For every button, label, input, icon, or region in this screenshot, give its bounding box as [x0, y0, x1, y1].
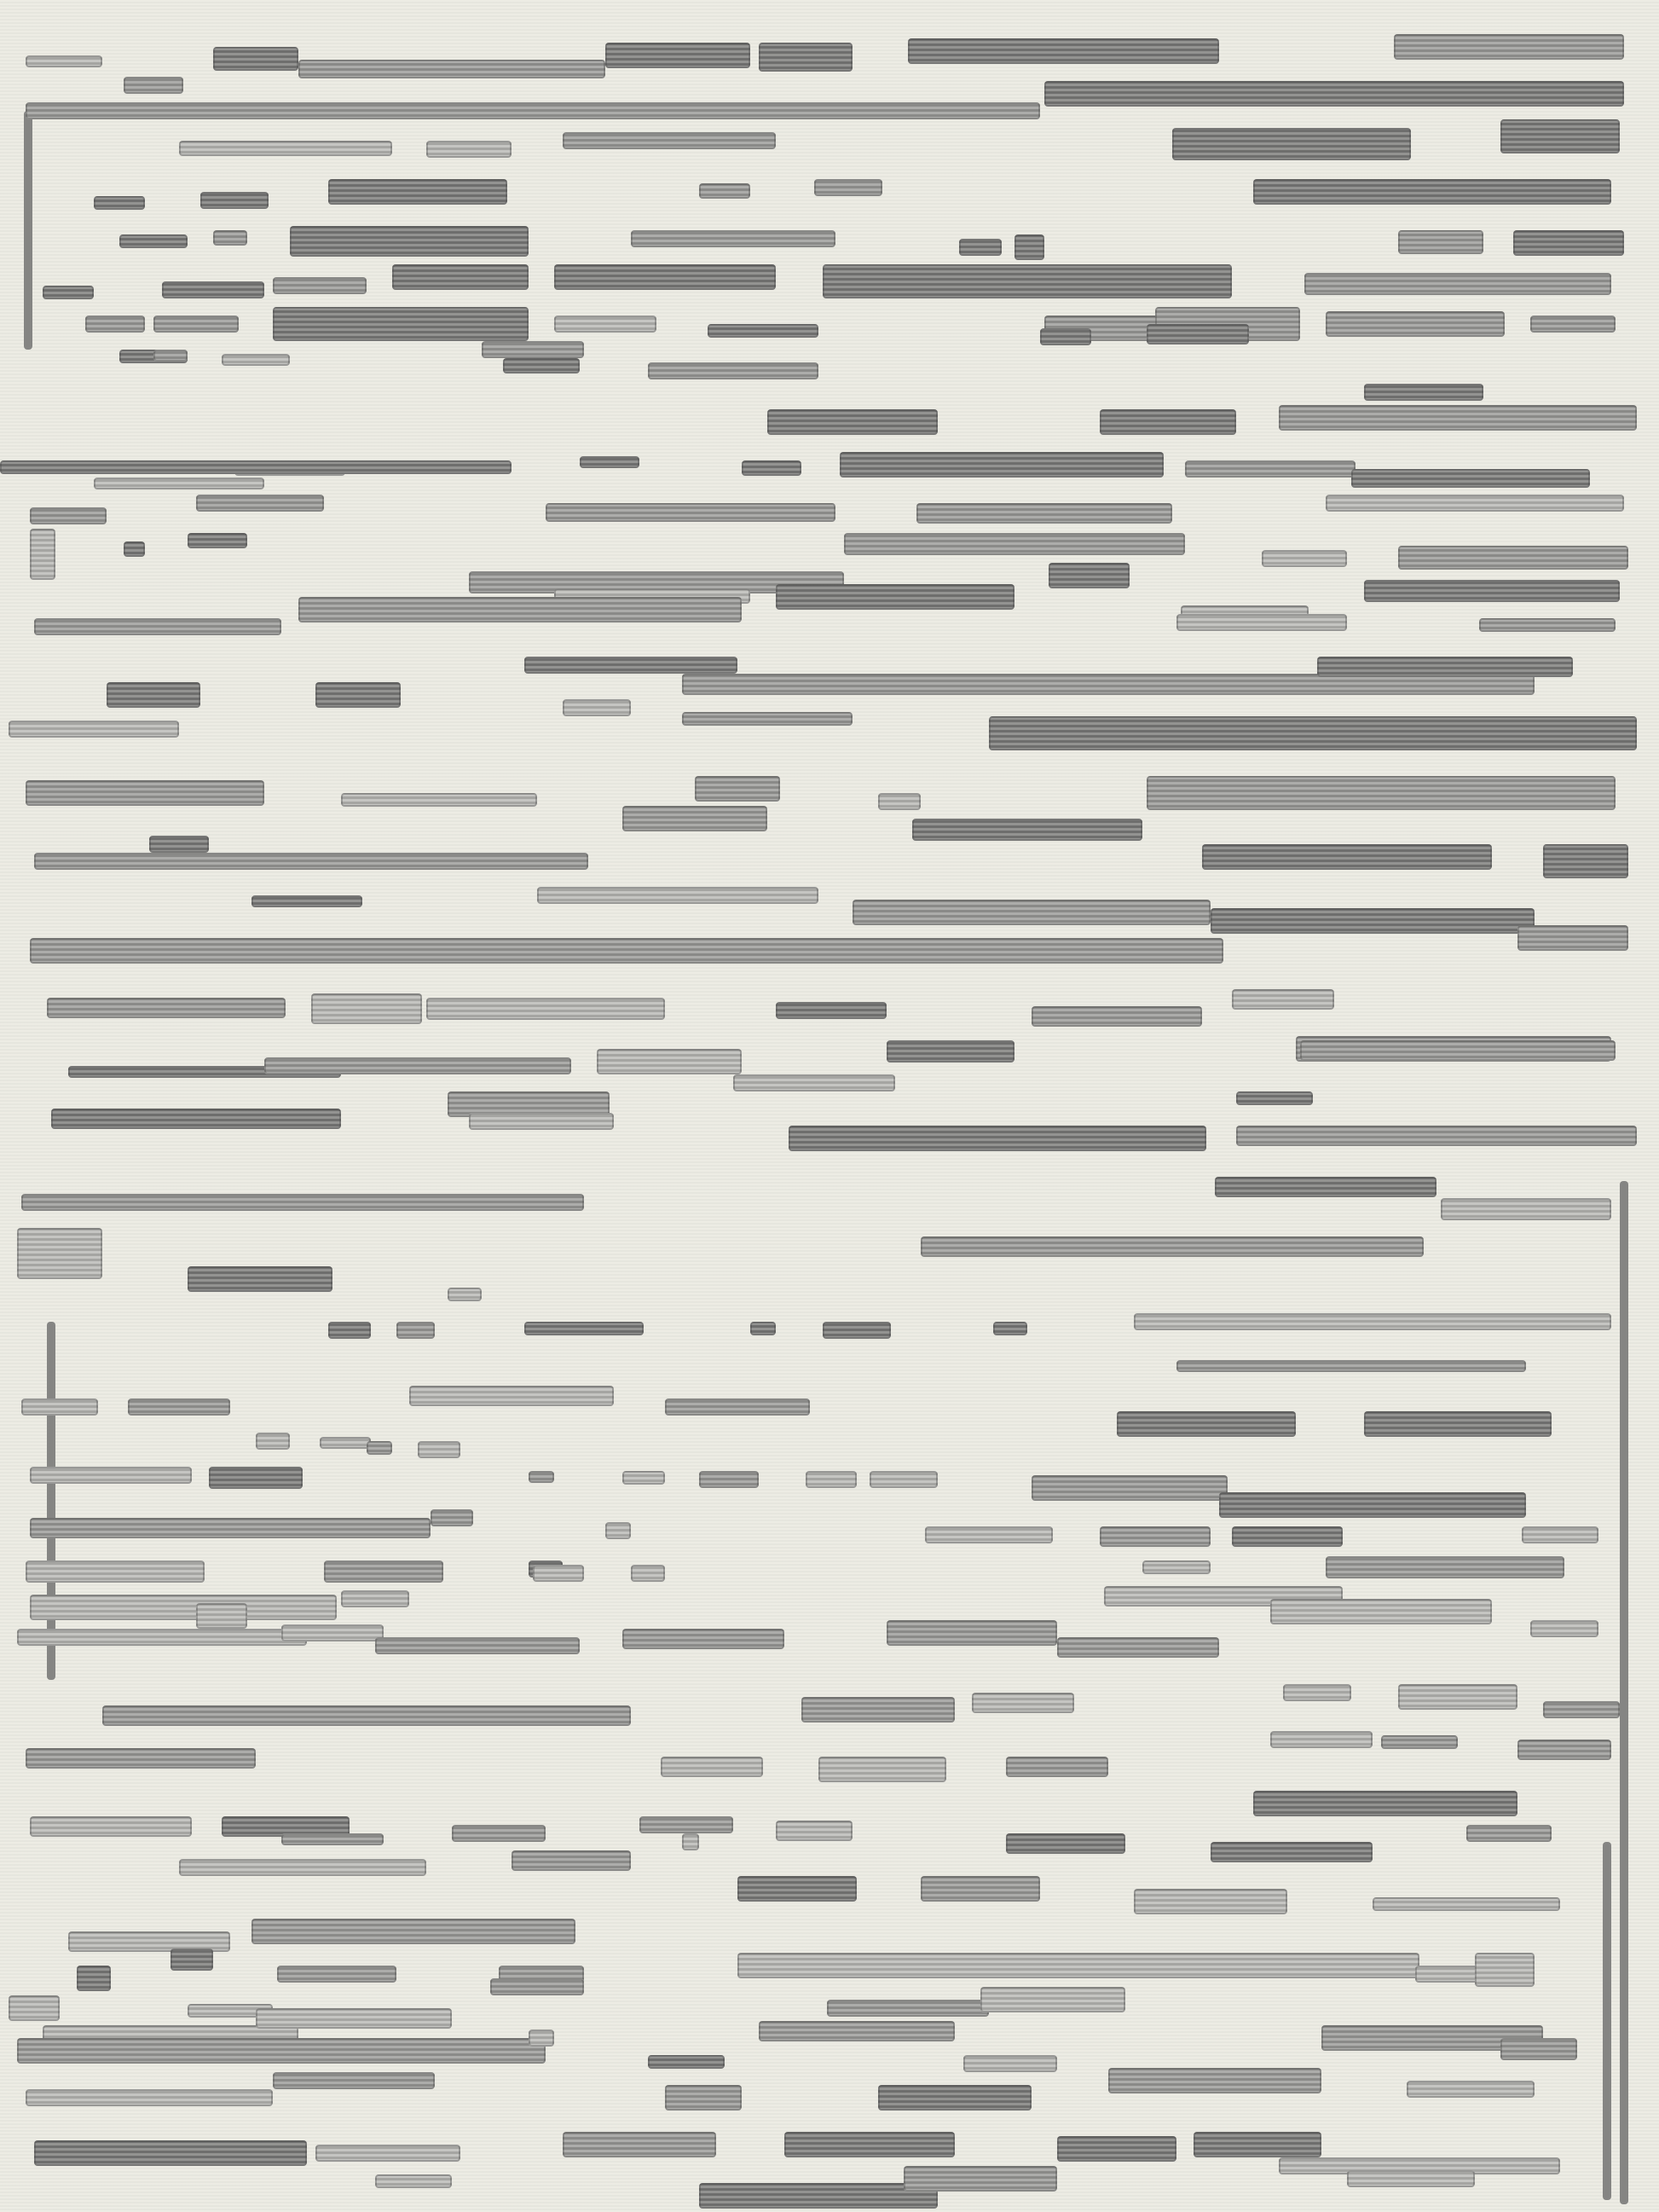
- pattern-bar: [94, 478, 264, 489]
- pattern-bar: [546, 503, 835, 522]
- pattern-bar: [17, 2038, 546, 2064]
- pattern-bar: [162, 281, 264, 298]
- pattern-bar: [315, 2145, 460, 2162]
- pattern-bar: [776, 1002, 887, 1019]
- pattern-bar: [256, 1433, 290, 1450]
- pattern-bar: [1373, 1897, 1560, 1911]
- pattern-bar: [878, 793, 921, 810]
- pattern-bar: [1232, 989, 1334, 1010]
- pattern-bar: [1500, 119, 1620, 153]
- pattern-bar: [1394, 34, 1624, 60]
- pattern-bar: [273, 277, 367, 294]
- pattern-bar: [742, 460, 801, 476]
- pattern-bar: [959, 239, 1002, 256]
- pattern-bar: [916, 503, 1172, 524]
- pattern-bar: [1543, 1701, 1620, 1718]
- pattern-bar: [1475, 1953, 1535, 1987]
- pattern-bar: [77, 1966, 111, 1991]
- pattern-bar: [490, 1978, 584, 1995]
- pattern-bar: [1194, 2132, 1321, 2157]
- pattern-bar: [188, 1266, 332, 1292]
- pattern-bar: [639, 1816, 733, 1833]
- pattern-bar: [34, 2140, 307, 2166]
- pattern-bar: [26, 55, 102, 67]
- pattern-bar: [1270, 1599, 1492, 1624]
- pattern-bar: [341, 793, 537, 807]
- pattern-bar: [1211, 908, 1535, 934]
- pattern-bar: [622, 1629, 784, 1649]
- pattern-bar: [1215, 1177, 1436, 1197]
- pattern-bar: [648, 2055, 725, 2069]
- pattern-bar: [375, 1637, 580, 1654]
- pattern-bar: [94, 196, 145, 210]
- pattern-bar: [1398, 230, 1483, 254]
- pattern-bar: [179, 1859, 426, 1876]
- pattern-bar: [153, 316, 239, 333]
- pattern-bar: [699, 1471, 759, 1488]
- pattern-bar: [1100, 409, 1236, 435]
- pattern-bar: [26, 1561, 205, 1583]
- pattern-bar: [533, 1565, 584, 1582]
- pattern-bar: [1057, 1637, 1219, 1658]
- pattern-bar: [213, 230, 247, 246]
- pattern-bar: [1032, 1006, 1202, 1027]
- pattern-bar: [806, 1471, 857, 1488]
- pattern-bar: [708, 324, 818, 338]
- pattern-bar: [750, 1322, 776, 1335]
- bracket-line: [1603, 1842, 1611, 2200]
- pattern-bar: [1044, 81, 1624, 107]
- pattern-bar: [251, 895, 362, 907]
- pattern-bar: [188, 533, 247, 548]
- pattern-bar: [1441, 1198, 1611, 1220]
- pattern-bar: [30, 529, 55, 580]
- pattern-bar: [912, 819, 1142, 841]
- pattern-bar: [341, 1590, 409, 1607]
- pattern-bar: [554, 264, 776, 290]
- pattern-bar: [1040, 328, 1091, 345]
- pattern-bar: [1172, 128, 1411, 160]
- pattern-bar: [1517, 925, 1628, 951]
- pattern-bar: [503, 358, 580, 373]
- pattern-bar: [107, 682, 200, 708]
- pattern-bar: [1142, 1561, 1211, 1574]
- pattern-bar: [26, 780, 264, 806]
- pattern-bar: [759, 43, 853, 72]
- pattern-bar: [563, 2132, 716, 2157]
- pattern-bar: [153, 350, 188, 362]
- pattern-bar: [878, 2085, 1032, 2111]
- pattern-bar: [980, 1987, 1125, 2012]
- pattern-bar: [30, 507, 107, 524]
- pattern-bar: [993, 1322, 1027, 1335]
- pattern-bar: [1014, 235, 1044, 260]
- pattern-bar: [844, 533, 1185, 555]
- pattern-bar: [1211, 1842, 1373, 1862]
- pattern-bar: [1006, 1757, 1108, 1777]
- pattern-bar: [298, 60, 605, 78]
- pattern-bar: [251, 1919, 575, 1944]
- pattern-bar: [0, 460, 512, 474]
- pattern-bar: [1176, 1360, 1526, 1372]
- pattern-bar: [30, 938, 1223, 964]
- pattern-bar: [213, 47, 298, 71]
- pattern-bar: [737, 1876, 857, 1902]
- pattern-bar: [776, 1821, 853, 1841]
- pattern-bar: [840, 452, 1164, 478]
- pattern-bar: [1147, 776, 1616, 810]
- pattern-bar: [789, 1126, 1206, 1151]
- pattern-bar: [887, 1040, 1014, 1063]
- pattern-bar: [34, 618, 281, 635]
- pattern-bar: [392, 264, 529, 290]
- pattern-bar: [925, 1526, 1053, 1543]
- pattern-bar: [695, 776, 780, 802]
- pattern-bar: [682, 1833, 699, 1850]
- pattern-bar: [784, 2132, 955, 2157]
- pattern-bar: [921, 1876, 1040, 1902]
- pattern-bar: [1006, 1833, 1125, 1854]
- pattern-bar: [1522, 1526, 1598, 1543]
- pattern-bar: [222, 354, 290, 366]
- pattern-bar: [30, 1595, 337, 1620]
- pattern-bar: [1108, 2068, 1321, 2093]
- pattern-bar: [1364, 384, 1483, 401]
- pattern-bar: [1530, 316, 1616, 333]
- pattern-bar: [196, 1603, 247, 1629]
- pattern-bar: [85, 316, 145, 333]
- pattern-bar: [320, 1437, 371, 1449]
- pattern-bar: [426, 998, 665, 1020]
- pattern-bar: [661, 1757, 763, 1777]
- pattern-bar: [512, 1850, 631, 1871]
- bracket-line: [47, 1322, 55, 1680]
- pattern-bar: [124, 77, 183, 94]
- pattern-bar: [648, 362, 818, 379]
- pattern-bar: [1283, 1684, 1351, 1701]
- pattern-bar: [30, 1518, 431, 1538]
- pattern-bar: [469, 1113, 614, 1130]
- bracket-line: [1620, 1181, 1628, 2204]
- pattern-bar: [149, 836, 209, 853]
- pattern-bar: [1500, 2038, 1577, 2060]
- pattern-bar: [273, 307, 529, 341]
- pattern-bar: [179, 141, 392, 156]
- pattern-bar: [124, 541, 145, 557]
- pattern-bar: [1262, 550, 1347, 567]
- pattern-bar: [537, 887, 818, 904]
- pattern-bar: [426, 141, 512, 158]
- pattern-bar: [605, 43, 750, 68]
- pattern-bar: [1479, 618, 1616, 632]
- pattern-bar: [963, 2055, 1057, 2072]
- pattern-bar: [30, 1816, 192, 1837]
- pattern-bar: [9, 721, 179, 738]
- pattern-bar: [102, 1705, 631, 1726]
- pattern-bar: [887, 1620, 1057, 1646]
- pattern-bar: [26, 2089, 273, 2106]
- pattern-bar: [21, 1194, 584, 1211]
- pattern-bar: [17, 1228, 102, 1279]
- pattern-bar: [452, 1825, 546, 1842]
- pattern-bar: [277, 1966, 396, 1983]
- pattern-bar: [524, 1322, 644, 1335]
- pattern-bar: [17, 1629, 307, 1646]
- pattern-bar: [273, 2072, 435, 2089]
- pattern-bar: [431, 1509, 473, 1526]
- pattern-bar: [264, 1057, 571, 1074]
- pattern-bar: [409, 1386, 614, 1406]
- pattern-bar: [904, 2166, 1057, 2192]
- pattern-bar: [767, 409, 938, 435]
- pattern-bar: [853, 900, 1211, 925]
- pattern-bar: [1253, 179, 1611, 205]
- pattern-bar: [631, 230, 835, 247]
- pattern-bar: [1236, 1126, 1637, 1146]
- pattern-bar: [209, 1467, 303, 1489]
- pattern-bar: [1407, 2081, 1535, 2098]
- pattern-bar: [119, 235, 188, 248]
- pattern-bar: [328, 1322, 371, 1339]
- pattern-bar: [290, 226, 529, 257]
- pattern-bar: [529, 1471, 554, 1483]
- pattern-bar: [699, 2183, 938, 2209]
- pattern-bar: [47, 998, 286, 1018]
- pattern-bar: [1202, 844, 1492, 870]
- pattern-bar: [818, 1757, 946, 1782]
- pattern-bar: [1049, 563, 1130, 588]
- pattern-bar: [1185, 460, 1356, 478]
- pattern-bar: [375, 2174, 452, 2188]
- pattern-bar: [1364, 580, 1620, 602]
- pattern-bar: [26, 1748, 256, 1769]
- pattern-bar: [1543, 844, 1628, 878]
- pattern-bar: [328, 179, 507, 205]
- pattern-bar: [733, 1074, 895, 1092]
- pattern-bar: [26, 102, 1040, 119]
- pattern-bar: [1279, 405, 1637, 431]
- pattern-bar: [1326, 1556, 1564, 1578]
- pattern-bar: [281, 1624, 384, 1642]
- pattern-bar: [827, 2000, 989, 2017]
- pattern-bar: [622, 806, 767, 831]
- pattern-bar: [529, 2030, 554, 2047]
- pattern-bar: [1326, 495, 1624, 512]
- pattern-bar: [908, 38, 1219, 64]
- pattern-bar: [1270, 1731, 1373, 1748]
- pattern-bar: [1300, 1040, 1616, 1061]
- pattern-bar: [682, 712, 853, 726]
- pattern-bar: [580, 456, 639, 468]
- pattern-bar: [9, 1995, 60, 2021]
- pattern-bar: [1326, 311, 1505, 337]
- pattern-bar: [1057, 2136, 1176, 2162]
- pattern-bar: [43, 286, 94, 299]
- pattern-bar: [1530, 1620, 1598, 1637]
- pattern-bar: [972, 1693, 1074, 1713]
- pattern-bar: [1219, 1492, 1526, 1518]
- pattern-bar: [1134, 1889, 1287, 1914]
- pattern-bar: [737, 1953, 1419, 1978]
- pattern-bar: [256, 2008, 452, 2029]
- pattern-bar: [1466, 1825, 1552, 1842]
- pattern-bar: [367, 1441, 392, 1455]
- pattern-bar: [665, 1398, 810, 1416]
- pattern-bar: [823, 1322, 891, 1339]
- pattern-bar: [699, 183, 750, 199]
- pattern-bar: [1117, 1411, 1296, 1437]
- pattern-bar: [759, 2021, 955, 2041]
- pattern-bar: [1176, 614, 1347, 631]
- pattern-bar: [1134, 1313, 1611, 1330]
- pattern-bar: [989, 716, 1637, 750]
- pattern-bar: [482, 341, 584, 358]
- pattern-bar: [622, 1471, 665, 1485]
- pattern-bar: [418, 1441, 460, 1458]
- pattern-bar: [814, 179, 882, 196]
- pattern-bar: [1253, 1791, 1517, 1816]
- pattern-bar: [171, 1949, 213, 1971]
- pattern-bar: [1381, 1735, 1458, 1749]
- pattern-bar: [524, 657, 737, 674]
- pattern-bar: [563, 132, 776, 149]
- pattern-bar: [1351, 469, 1590, 488]
- pattern-bar: [1517, 1740, 1611, 1760]
- pattern-bar: [34, 853, 588, 870]
- pattern-bar: [281, 1833, 384, 1845]
- pattern-bar: [1513, 230, 1624, 256]
- pattern-bar: [665, 2085, 742, 2111]
- pattern-bar: [1304, 273, 1611, 295]
- pattern-bar: [21, 1398, 98, 1416]
- pattern-bar: [1147, 324, 1249, 345]
- pattern-bar: [554, 316, 656, 333]
- pattern-bar: [776, 584, 1014, 610]
- pattern-bar: [1364, 1411, 1552, 1437]
- pattern-bar: [823, 264, 1232, 298]
- pattern-bar: [1232, 1526, 1343, 1547]
- pattern-bar: [801, 1697, 955, 1723]
- pattern-bar: [128, 1398, 230, 1416]
- pattern-bar: [30, 1467, 192, 1484]
- pattern-bar: [563, 699, 631, 716]
- pattern-bar: [1347, 2170, 1475, 2187]
- rug-artwork: [0, 0, 1659, 2212]
- pattern-bar: [631, 1565, 665, 1582]
- pattern-bar: [1032, 1475, 1228, 1501]
- pattern-bar: [298, 597, 742, 622]
- pattern-bar: [1398, 1684, 1517, 1710]
- pattern-bar: [200, 192, 269, 209]
- bracket-line: [24, 111, 32, 350]
- pattern-bar: [311, 993, 422, 1024]
- pattern-bar: [870, 1471, 938, 1488]
- pattern-bar: [921, 1236, 1424, 1257]
- pattern-bar: [448, 1288, 482, 1301]
- pattern-bar: [1236, 1092, 1313, 1105]
- pattern-bar: [396, 1322, 435, 1339]
- pattern-bar: [1317, 657, 1573, 677]
- pattern-bar: [1398, 546, 1628, 570]
- pattern-bar: [324, 1561, 443, 1583]
- pattern-bar: [597, 1049, 742, 1074]
- pattern-bar: [1100, 1526, 1211, 1547]
- pattern-bar: [51, 1109, 341, 1129]
- pattern-bar: [315, 682, 401, 708]
- pattern-bar: [605, 1522, 631, 1539]
- pattern-bar: [196, 495, 324, 512]
